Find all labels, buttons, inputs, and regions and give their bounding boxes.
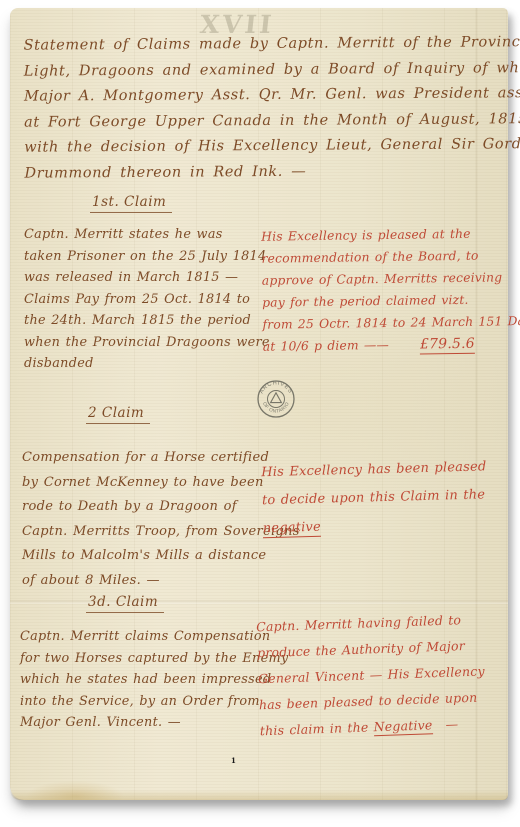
claim-3-decision: Captn. Merritt having failed toproduce t… (256, 606, 506, 745)
claim-1-per-diem-text: at 10/6 p diem —— (263, 338, 389, 354)
trillium-icon (271, 393, 282, 403)
claim-1-statement: Captn. Merritt states he wastaken Prison… (24, 224, 264, 375)
claim-2-heading: 2 Claim (86, 405, 150, 424)
claim-2-decision: His Excellency has been pleasedto decide… (261, 453, 509, 543)
claim-1-heading: 1st. Claim (90, 194, 172, 213)
claim-2-decision-tail-row: negative (262, 509, 509, 543)
claim-3-tail-text: this claim in the (260, 719, 369, 738)
claim-3-heading: 3d. Claim (86, 594, 164, 613)
archives-of-ontario-stamp: ARCHIVES OF ONTARIO (255, 378, 297, 420)
document-page: XVII Statement of Claims made by Captn. … (10, 8, 508, 800)
claim-3-statement: Captn. Merritt claims Compensationfor tw… (20, 626, 260, 734)
claim-1-amount: £79.5.6 (420, 336, 475, 355)
claim-1-decision-lines: His Excellency is pleased at therecommen… (261, 222, 509, 335)
claim-2-negative-word: negative (263, 520, 322, 539)
claim-3-negative-word: Negative (373, 717, 432, 736)
claim-1-decision-amount-row: at 10/6 p diem —— £79.5.6 (263, 332, 509, 357)
horizontal-fold-crease (10, 600, 508, 604)
claim-2-statement: Compensation for a Horse certifiedby Cor… (22, 446, 262, 593)
claim-3-tail-suffix: — (445, 716, 458, 731)
claim-2-decision-lines: His Excellency has been pleasedto decide… (261, 453, 508, 515)
page-number-mark: 1 (231, 756, 236, 765)
claim-1-decision: His Excellency is pleased at therecommen… (261, 222, 509, 357)
claim-3-decision-lines: Captn. Merritt having failed toproduce t… (256, 606, 505, 719)
document-header-text: Statement of Claims made by Captn. Merri… (23, 30, 502, 186)
